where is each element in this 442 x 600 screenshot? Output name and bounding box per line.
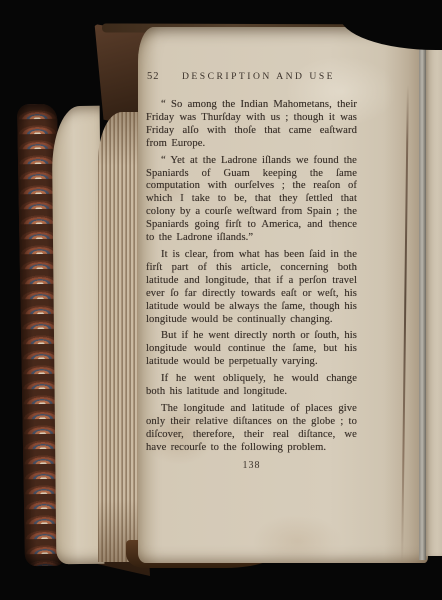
paragraph-4: But if he went directly north or ſouth, … (146, 330, 357, 369)
text-block: 52 DESCRIPTION AND USE “ So among the In… (146, 71, 357, 471)
page-number: 52 (147, 71, 160, 82)
signature-mark: 138 (146, 460, 357, 471)
page-block-outer-edge (52, 106, 105, 564)
running-title: DESCRIPTION AND USE (146, 71, 357, 82)
page-header: 52 DESCRIPTION AND USE (146, 71, 357, 84)
page-block-edge (98, 112, 142, 562)
facing-page-edge (426, 44, 442, 556)
book-page: 52 DESCRIPTION AND USE “ So among the In… (138, 27, 428, 563)
paragraph-quote-1: “ So among the Indian Mahometans, their … (146, 99, 357, 151)
binding-joint (419, 38, 426, 560)
paragraph-3: It is clear, from what has been ſaid in … (146, 249, 357, 326)
paragraph-quote-2: “ Yet at the Ladrone iſlands we found th… (146, 155, 357, 245)
photo-background: 52 DESCRIPTION AND USE “ So among the In… (0, 0, 442, 600)
paragraph-6: The longitude and latitude of places giv… (146, 403, 357, 455)
paragraph-5: If he went obliquely, he would change bo… (146, 373, 357, 399)
